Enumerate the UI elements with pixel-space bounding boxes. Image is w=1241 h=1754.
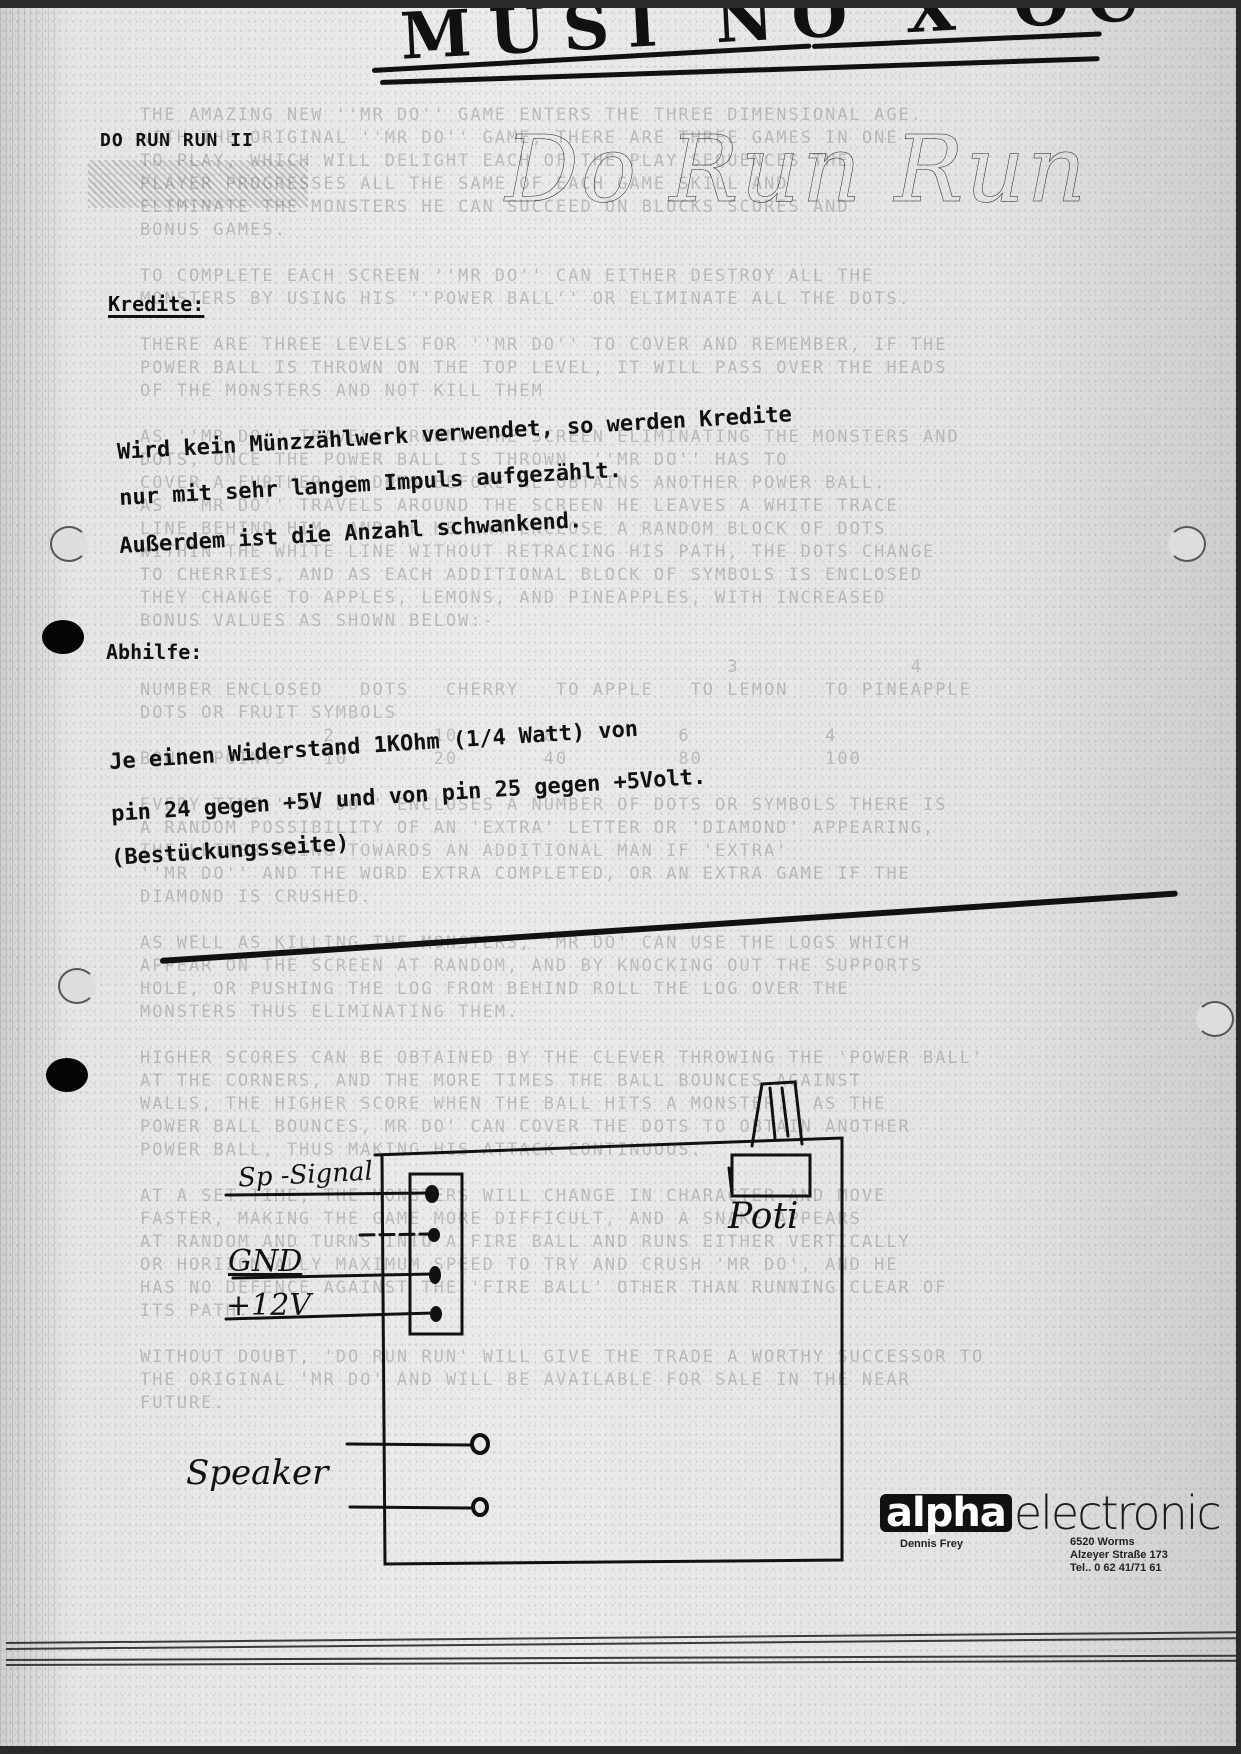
- label-12v: +12V: [226, 1288, 311, 1323]
- brand-electronic: electronic: [1014, 1486, 1220, 1540]
- connector-pin-3: [429, 1266, 441, 1284]
- letterhead-person: Dennis Frey: [900, 1538, 963, 1550]
- address-line-city: 6520 Worms: [1070, 1536, 1168, 1549]
- label-gnd: GND: [228, 1244, 302, 1279]
- connector-pin-1: [425, 1185, 439, 1203]
- address-line-street: Alzeyer Straße 173: [1070, 1549, 1168, 1562]
- poti-body: [732, 1155, 810, 1196]
- label-poti: Poti: [728, 1196, 798, 1237]
- connector-pin-2: [428, 1228, 440, 1242]
- scanned-page: THE AMAZING NEW ''MR DO'' GAME ENTERS TH…: [0, 8, 1236, 1746]
- speaker-terminal-1: [472, 1435, 488, 1453]
- connector-pin-4: [430, 1306, 442, 1322]
- brand-alpha: alpha: [880, 1494, 1012, 1532]
- poti-knob: [752, 1082, 802, 1146]
- letterhead-stamp: alphaelectronic Dennis Frey 6520 Worms A…: [880, 1486, 1220, 1540]
- speaker-terminal-2: [473, 1499, 487, 1515]
- label-speaker: Speaker: [186, 1453, 328, 1493]
- letterhead-address: 6520 Worms Alzeyer Straße 173 Tel.. 0 62…: [1070, 1536, 1168, 1575]
- address-line-phone: Tel.. 0 62 41/71 61: [1070, 1562, 1168, 1575]
